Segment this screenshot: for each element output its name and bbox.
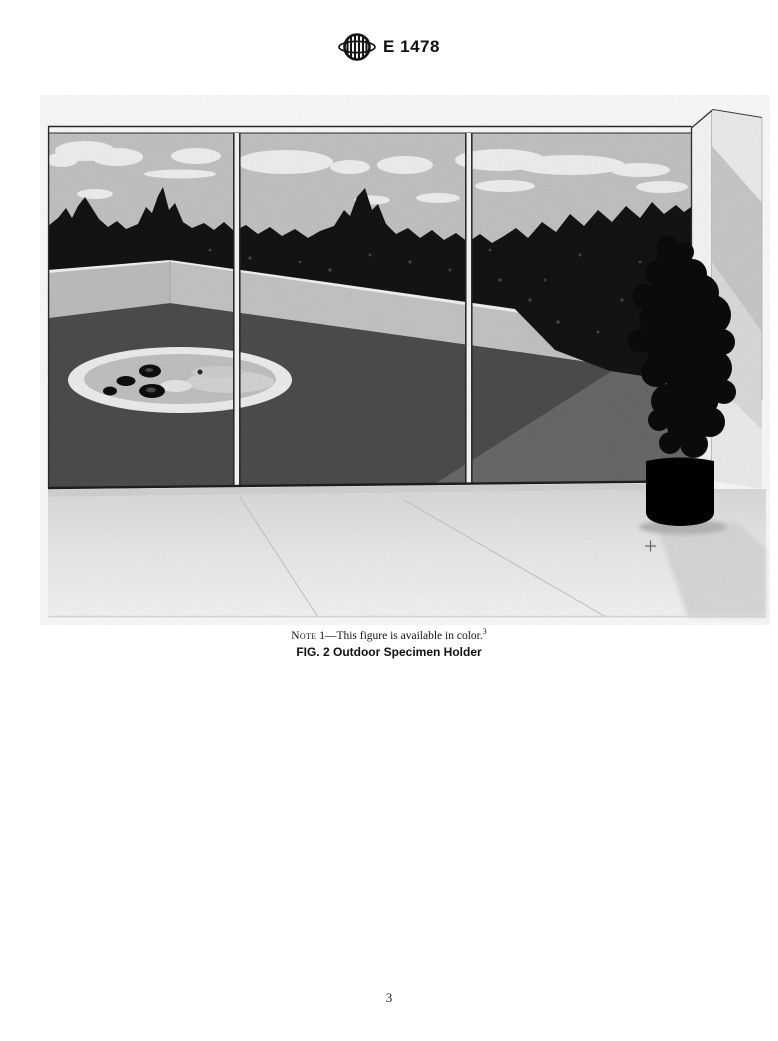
page-number: 3 — [0, 990, 778, 1006]
figure-2-illustration — [40, 95, 770, 625]
standard-designation: E 1478 — [383, 37, 440, 57]
figure-title: FIG. 2 Outdoor Specimen Holder — [0, 645, 778, 660]
figure-note: Note 1—This figure is available in color… — [0, 629, 778, 644]
document-page: { "document": { "designation": "E 1478",… — [0, 0, 778, 1041]
note-separator: — — [325, 630, 337, 642]
note-label: Note — [291, 630, 316, 642]
document-header: E 1478 — [0, 30, 778, 64]
note-text: This figure is available in color. — [336, 630, 482, 642]
outdoor-specimen-holder-scene — [40, 95, 770, 625]
astm-logo-icon — [338, 30, 376, 64]
note-footnote-ref: 3 — [483, 627, 487, 636]
scan-grain-overlay — [40, 95, 770, 625]
figure-caption-block: Note 1—This figure is available in color… — [0, 629, 778, 660]
